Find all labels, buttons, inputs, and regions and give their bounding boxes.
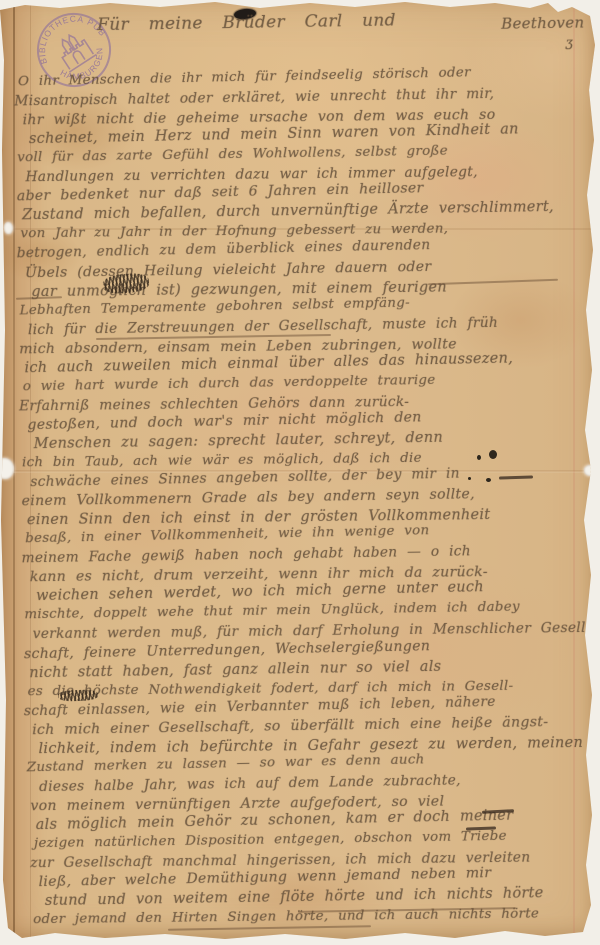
manuscript-text: Für meine Brüder Carl und Beethoven ʒ O … [0, 0, 600, 945]
manuscript-line: lichkeit, indem ich befürchte in Gefahr … [38, 735, 583, 757]
manuscript-line: Menschen zu sagen: sprecht lauter, schre… [34, 430, 443, 452]
dedication-heading: Für meine Brüder Carl und [97, 10, 396, 35]
manuscript-line: einem Vollkommenern Grade als bey andern… [21, 486, 475, 509]
manuscript-line: verkannt werden muß, für mich darf Erhol… [33, 620, 591, 642]
paper-hole [584, 465, 597, 476]
manuscript-line: stund und von weitem eine flöte hörte un… [45, 885, 544, 909]
manuscript-line: Misantropisch haltet oder erkläret, wie … [14, 86, 494, 110]
signature-name: Beethoven [501, 13, 584, 32]
manuscript-line: nicht statt haben, fast ganz allein nur … [29, 658, 441, 680]
manuscript-line: betrogen, endlich zu dem überblick eines… [17, 238, 431, 262]
manuscript-line: oder jemand den Hirten Singen hörte, und… [33, 907, 539, 928]
manuscript-line: mischte, doppelt wehe thut mir mein Ungl… [24, 600, 520, 623]
manuscript-line: meinem Fache gewiß haben noch gehabt hab… [21, 544, 471, 567]
manuscript-line: Übels (dessen Heilung vieleicht Jahre da… [25, 258, 432, 280]
manuscript-line: jezigen natürlichen Disposition entgegen… [34, 829, 507, 851]
manuscript-lines: O ihr Menschen die ihr mich für feindsee… [0, 0, 599, 1]
aged-paper-sheet: BIBLIOTHECA PUBL. HAMBURGENSIS Für meine… [0, 0, 600, 945]
manuscript-line: dieses halbe Jahr, was ich auf dem Lande… [39, 772, 461, 795]
paper-hole [4, 222, 13, 234]
manuscript-line: lich für die Zerstreuungen der Gesellsch… [28, 314, 498, 337]
manuscript-line: O ihr Menschen die ihr mich für feindsee… [18, 65, 471, 89]
manuscript-line: o wie hart wurde ich durch das verdoppel… [23, 373, 436, 394]
manuscript-line: Zustand mich befallen, durch unvernünfti… [22, 199, 554, 223]
manuscript-line: voll für das zarte Gefühl des Wohlwollen… [17, 144, 448, 166]
flourish-mark: ʒ [565, 36, 573, 51]
manuscript-scan: BIBLIOTHECA PUBL. HAMBURGENSIS Für meine… [0, 0, 600, 945]
